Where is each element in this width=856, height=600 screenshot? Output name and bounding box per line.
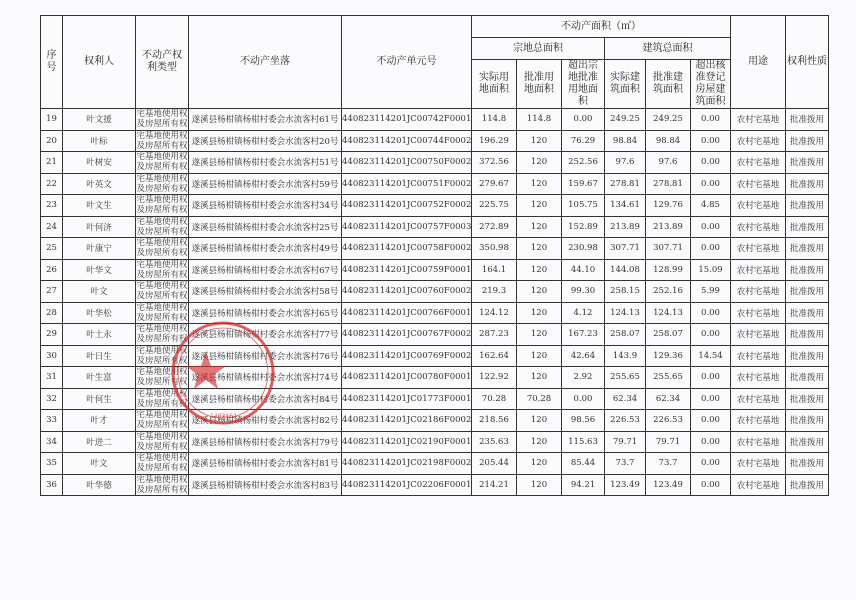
header-seq: 序号 [41,16,63,109]
cell-holder: 叶生富 [63,367,136,389]
cell-approved-building: 307.71 [646,238,691,260]
cell-actual-land: 225.75 [472,195,517,217]
right-type-line-2: 及房屋所有权 [136,248,188,258]
cell-approved-building: 249.25 [646,109,691,131]
cell-excess-land: 159.67 [562,173,605,195]
cell-approved-land: 120 [517,453,562,475]
right-type-line-2: 及房屋所有权 [136,227,188,237]
table-row: 34叶进二宅基地使用权及房屋所有权遂溪县杨柑镇杨柑村委会水流客村79号44082… [41,431,829,453]
cell-right-type: 宅基地使用权及房屋所有权 [136,195,189,217]
table-row: 21叶树安宅基地使用权及房屋所有权遂溪县杨柑镇杨柑村委会水流客村51号44082… [41,152,829,174]
right-type-line-1: 宅基地使用权 [136,152,188,162]
cell-approved-land: 120 [517,238,562,260]
cell-approved-building: 79.71 [646,431,691,453]
cell-right-type: 宅基地使用权及房屋所有权 [136,388,189,410]
cell-right-type: 宅基地使用权及房屋所有权 [136,410,189,432]
cell-actual-building: 143.9 [605,345,646,367]
cell-excess-land: 85.44 [562,453,605,475]
right-type-line-1: 宅基地使用权 [136,131,188,141]
cell-nature: 批准拨用 [786,130,829,152]
cell-excess-building: 0.00 [691,109,731,131]
header-actual-building: 实际建筑面积 [605,60,646,109]
cell-unit-no: 440823114201JC00780F00010001 [342,367,472,389]
header-nature: 权利性质 [786,16,829,109]
header-land-total: 宗地总面积 [472,38,605,60]
header-excess-building: 超出核准登记房屋建筑面积 [691,60,731,109]
cell-seq: 36 [41,474,63,496]
table-row: 23叶文生宅基地使用权及房屋所有权遂溪县杨柑镇杨柑村委会水流客村34号44082… [41,195,829,217]
cell-approved-building: 258.07 [646,324,691,346]
cell-right-type: 宅基地使用权及房屋所有权 [136,367,189,389]
right-type-line-2: 及房屋所有权 [136,463,188,473]
cell-nature: 批准拨用 [786,367,829,389]
cell-unit-no: 440823114201JC02186F00020001 [342,410,472,432]
table-row: 28叶华松宅基地使用权及房屋所有权遂溪县杨柑镇杨柑村委会水流客村65号44082… [41,302,829,324]
cell-approved-building: 129.76 [646,195,691,217]
cell-seq: 30 [41,345,63,367]
cell-location: 遂溪县杨柑镇杨柑村委会水流客村84号 [189,388,342,410]
cell-unit-no: 440823114201JC00767F00020001 [342,324,472,346]
right-type-line-2: 及房屋所有权 [136,399,188,409]
right-type-line-2: 及房屋所有权 [136,356,188,366]
cell-actual-building: 213.89 [605,216,646,238]
cell-holder: 叶华德 [63,474,136,496]
cell-holder: 叶标 [63,130,136,152]
cell-approved-building: 123.49 [646,474,691,496]
cell-unit-no: 440823114201JC02198F00020001 [342,453,472,475]
cell-location: 遂溪县杨柑镇杨柑村委会水流客村51号 [189,152,342,174]
table-row: 36叶华德宅基地使用权及房屋所有权遂溪县杨柑镇杨柑村委会水流客村83号44082… [41,474,829,496]
cell-actual-building: 307.71 [605,238,646,260]
cell-usage: 农村宅基地 [731,431,786,453]
cell-right-type: 宅基地使用权及房屋所有权 [136,238,189,260]
cell-right-type: 宅基地使用权及房屋所有权 [136,345,189,367]
cell-actual-land: 162.64 [472,345,517,367]
header-unit-no: 不动产单元号 [342,16,472,109]
cell-excess-land: 167.23 [562,324,605,346]
cell-nature: 批准拨用 [786,109,829,131]
cell-seq: 34 [41,431,63,453]
cell-usage: 农村宅基地 [731,453,786,475]
table-row: 22叶英文宅基地使用权及房屋所有权遂溪县杨柑镇杨柑村委会水流客村59号44082… [41,173,829,195]
cell-usage: 农村宅基地 [731,345,786,367]
cell-actual-building: 62.34 [605,388,646,410]
cell-location: 遂溪县杨柑镇杨柑村委会水流客村83号 [189,474,342,496]
table-row: 26叶华文宅基地使用权及房屋所有权遂溪县杨柑镇杨柑村委会水流客村67号44082… [41,259,829,281]
cell-right-type: 宅基地使用权及房屋所有权 [136,152,189,174]
cell-unit-no: 440823114201JC00744F00020001 [342,130,472,152]
cell-holder: 叶文 [63,281,136,303]
cell-unit-no: 440823114201JC01773F00010001 [342,388,472,410]
cell-usage: 农村宅基地 [731,238,786,260]
cell-actual-land: 196.29 [472,130,517,152]
cell-approved-land: 70.28 [517,388,562,410]
cell-excess-land: 99.30 [562,281,605,303]
cell-seq: 21 [41,152,63,174]
cell-usage: 农村宅基地 [731,410,786,432]
cell-holder: 叶华松 [63,302,136,324]
cell-location: 遂溪县杨柑镇杨柑村委会水流客村65号 [189,302,342,324]
cell-excess-building: 0.00 [691,453,731,475]
cell-right-type: 宅基地使用权及房屋所有权 [136,173,189,195]
cell-right-type: 宅基地使用权及房屋所有权 [136,302,189,324]
cell-right-type: 宅基地使用权及房屋所有权 [136,281,189,303]
cell-excess-land: 44.10 [562,259,605,281]
right-type-line-1: 宅基地使用权 [136,281,188,291]
cell-actual-land: 272.89 [472,216,517,238]
header-holder: 权利人 [63,16,136,109]
cell-right-type: 宅基地使用权及房屋所有权 [136,216,189,238]
cell-approved-land: 120 [517,281,562,303]
cell-holder: 叶树安 [63,152,136,174]
right-type-line-1: 宅基地使用权 [136,432,188,442]
cell-unit-no: 440823114201JC00742F00010001 [342,109,472,131]
cell-approved-building: 255.65 [646,367,691,389]
cell-actual-building: 144.08 [605,259,646,281]
cell-actual-land: 235.63 [472,431,517,453]
cell-excess-land: 115.63 [562,431,605,453]
cell-usage: 农村宅基地 [731,324,786,346]
cell-nature: 批准拨用 [786,195,829,217]
cell-actual-building: 226.53 [605,410,646,432]
table-row: 31叶生富宅基地使用权及房屋所有权遂溪县杨柑镇杨柑村委会水流客村74号44082… [41,367,829,389]
cell-nature: 批准拨用 [786,173,829,195]
cell-excess-building: 4.85 [691,195,731,217]
cell-excess-land: 42.64 [562,345,605,367]
cell-excess-building: 0.00 [691,410,731,432]
cell-right-type: 宅基地使用权及房屋所有权 [136,431,189,453]
header-building-total: 建筑总面积 [605,38,731,60]
table-row: 33叶才宅基地使用权及房屋所有权遂溪县杨柑镇杨柑村委会水流客村82号440823… [41,410,829,432]
cell-actual-land: 219.3 [472,281,517,303]
cell-usage: 农村宅基地 [731,173,786,195]
cell-approved-building: 124.13 [646,302,691,324]
cell-location: 遂溪县杨柑镇杨柑村委会水流客村25号 [189,216,342,238]
cell-excess-land: 76.29 [562,130,605,152]
header-approved-building: 批准建筑面积 [646,60,691,109]
cell-approved-building: 226.53 [646,410,691,432]
table-row: 24叶何济宅基地使用权及房屋所有权遂溪县杨柑镇杨柑村委会水流客村25号44082… [41,216,829,238]
cell-approved-land: 114.8 [517,109,562,131]
right-type-line-2: 及房屋所有权 [136,420,188,430]
cell-approved-land: 120 [517,324,562,346]
right-type-line-2: 及房屋所有权 [136,291,188,301]
cell-actual-building: 278.81 [605,173,646,195]
cell-unit-no: 440823114201JC00752F00020001 [342,195,472,217]
right-type-line-1: 宅基地使用权 [136,303,188,313]
cell-actual-building: 98.84 [605,130,646,152]
cell-unit-no: 440823114201JC02206F00010001 [342,474,472,496]
cell-excess-land: 2.92 [562,367,605,389]
cell-location: 遂溪县杨柑镇杨柑村委会水流客村79号 [189,431,342,453]
cell-excess-building: 0.00 [691,367,731,389]
cell-usage: 农村宅基地 [731,474,786,496]
right-type-line-1: 宅基地使用权 [136,217,188,227]
cell-nature: 批准拨用 [786,324,829,346]
right-type-line-2: 及房屋所有权 [136,334,188,344]
right-type-line-2: 及房屋所有权 [136,141,188,151]
cell-location: 遂溪县杨柑镇杨柑村委会水流客村81号 [189,453,342,475]
cell-approved-land: 120 [517,152,562,174]
cell-location: 遂溪县杨柑镇杨柑村委会水流客村59号 [189,173,342,195]
cell-approved-land: 120 [517,345,562,367]
cell-excess-building: 0.00 [691,431,731,453]
cell-actual-land: 122.92 [472,367,517,389]
cell-excess-building: 0.00 [691,324,731,346]
cell-usage: 农村宅基地 [731,109,786,131]
cell-holder: 叶进二 [63,431,136,453]
cell-unit-no: 440823114201JC00751F00020001 [342,173,472,195]
cell-actual-building: 124.13 [605,302,646,324]
cell-location: 遂溪县杨柑镇杨柑村委会水流客村67号 [189,259,342,281]
document-page: 序号 权利人 不动产权利类型 不动产坐落 不动产单元号 不动产面积（㎡） 用途 … [0,0,856,600]
cell-seq: 32 [41,388,63,410]
cell-unit-no: 440823114201JC00766F00010001 [342,302,472,324]
cell-holder: 叶日生 [63,345,136,367]
cell-seq: 26 [41,259,63,281]
cell-usage: 农村宅基地 [731,367,786,389]
cell-location: 遂溪县杨柑镇杨柑村委会水流客村58号 [189,281,342,303]
table-row: 19叶文援宅基地使用权及房屋所有权遂溪县杨柑镇杨柑村委会水流客村61号44082… [41,109,829,131]
cell-excess-building: 0.00 [691,173,731,195]
cell-holder: 叶华文 [63,259,136,281]
cell-approved-land: 120 [517,302,562,324]
right-type-line-2: 及房屋所有权 [136,162,188,172]
cell-nature: 批准拨用 [786,410,829,432]
cell-actual-land: 279.67 [472,173,517,195]
cell-actual-building: 258.15 [605,281,646,303]
cell-usage: 农村宅基地 [731,152,786,174]
cell-location: 遂溪县杨柑镇杨柑村委会水流客村34号 [189,195,342,217]
cell-actual-building: 258.07 [605,324,646,346]
table-row: 29叶土永宅基地使用权及房屋所有权遂溪县杨柑镇杨柑村委会水流客村77号44082… [41,324,829,346]
cell-seq: 24 [41,216,63,238]
cell-unit-no: 440823114201JC02190F00010001 [342,431,472,453]
cell-approved-building: 252.16 [646,281,691,303]
cell-usage: 农村宅基地 [731,216,786,238]
header-usage: 用途 [731,16,786,109]
cell-approved-land: 120 [517,216,562,238]
cell-holder: 叶何生 [63,388,136,410]
header-excess-land: 超出宗地批准用地面积 [562,60,605,109]
right-type-line-2: 及房屋所有权 [136,205,188,215]
cell-unit-no: 440823114201JC00759F00010001 [342,259,472,281]
cell-approved-land: 120 [517,431,562,453]
cell-location: 遂溪县杨柑镇杨柑村委会水流客村49号 [189,238,342,260]
header-actual-land: 实际用地面积 [472,60,517,109]
cell-approved-building: 129.36 [646,345,691,367]
cell-excess-building: 0.00 [691,388,731,410]
cell-right-type: 宅基地使用权及房屋所有权 [136,130,189,152]
cell-holder: 叶康宁 [63,238,136,260]
cell-seq: 19 [41,109,63,131]
right-type-line-2: 及房屋所有权 [136,442,188,452]
table-body: 19叶文援宅基地使用权及房屋所有权遂溪县杨柑镇杨柑村委会水流客村61号44082… [41,109,829,496]
table-row: 30叶日生宅基地使用权及房屋所有权遂溪县杨柑镇杨柑村委会水流客村76号44082… [41,345,829,367]
cell-holder: 叶文 [63,453,136,475]
table-row: 35叶文宅基地使用权及房屋所有权遂溪县杨柑镇杨柑村委会水流客村81号440823… [41,453,829,475]
cell-location: 遂溪县杨柑镇杨柑村委会水流客村20号 [189,130,342,152]
header-location: 不动产坐落 [189,16,342,109]
cell-approved-building: 73.7 [646,453,691,475]
table-row: 25叶康宁宅基地使用权及房屋所有权遂溪县杨柑镇杨柑村委会水流客村49号44082… [41,238,829,260]
cell-usage: 农村宅基地 [731,302,786,324]
cell-excess-building: 5.99 [691,281,731,303]
cell-location: 遂溪县杨柑镇杨柑村委会水流客村77号 [189,324,342,346]
cell-usage: 农村宅基地 [731,259,786,281]
cell-nature: 批准拨用 [786,431,829,453]
cell-nature: 批准拨用 [786,345,829,367]
cell-usage: 农村宅基地 [731,388,786,410]
cell-excess-building: 0.00 [691,238,731,260]
header-right-type: 不动产权利类型 [136,16,189,109]
cell-seq: 25 [41,238,63,260]
cell-approved-building: 278.81 [646,173,691,195]
cell-unit-no: 440823114201JC00750F00020001 [342,152,472,174]
cell-nature: 批准拨用 [786,388,829,410]
cell-excess-land: 105.75 [562,195,605,217]
cell-approved-building: 213.89 [646,216,691,238]
cell-right-type: 宅基地使用权及房屋所有权 [136,109,189,131]
cell-nature: 批准拨用 [786,302,829,324]
registration-table: 序号 权利人 不动产权利类型 不动产坐落 不动产单元号 不动产面积（㎡） 用途 … [40,15,829,496]
cell-excess-building: 14.54 [691,345,731,367]
right-type-line-2: 及房屋所有权 [136,313,188,323]
cell-seq: 35 [41,453,63,475]
right-type-line-2: 及房屋所有权 [136,119,188,129]
cell-actual-building: 79.71 [605,431,646,453]
cell-actual-building: 73.7 [605,453,646,475]
right-type-line-1: 宅基地使用权 [136,389,188,399]
cell-nature: 批准拨用 [786,474,829,496]
cell-actual-building: 123.49 [605,474,646,496]
cell-excess-land: 98.56 [562,410,605,432]
cell-excess-land: 230.98 [562,238,605,260]
cell-seq: 23 [41,195,63,217]
cell-actual-land: 218.56 [472,410,517,432]
header-approved-land: 批准用地面积 [517,60,562,109]
table-row: 32叶何生宅基地使用权及房屋所有权遂溪县杨柑镇杨柑村委会水流客村84号44082… [41,388,829,410]
right-type-line-1: 宅基地使用权 [136,324,188,334]
cell-excess-land: 4.12 [562,302,605,324]
cell-excess-land: 94.21 [562,474,605,496]
right-type-line-2: 及房屋所有权 [136,184,188,194]
cell-approved-building: 98.84 [646,130,691,152]
cell-unit-no: 440823114201JC00757F00030001 [342,216,472,238]
cell-approved-land: 120 [517,195,562,217]
cell-location: 遂溪县杨柑镇杨柑村委会水流客村61号 [189,109,342,131]
cell-usage: 农村宅基地 [731,281,786,303]
cell-excess-building: 0.00 [691,152,731,174]
cell-excess-building: 0.00 [691,302,731,324]
cell-usage: 农村宅基地 [731,130,786,152]
cell-nature: 批准拨用 [786,216,829,238]
cell-holder: 叶英文 [63,173,136,195]
cell-excess-building: 0.00 [691,216,731,238]
cell-holder: 叶何济 [63,216,136,238]
right-type-line-2: 及房屋所有权 [136,485,188,495]
right-type-line-1: 宅基地使用权 [136,475,188,485]
cell-seq: 29 [41,324,63,346]
cell-actual-land: 372.56 [472,152,517,174]
cell-unit-no: 440823114201JC00760F00020001 [342,281,472,303]
table-row: 27叶文宅基地使用权及房屋所有权遂溪县杨柑镇杨柑村委会水流客村58号440823… [41,281,829,303]
cell-unit-no: 440823114201JC00769F00020001 [342,345,472,367]
cell-excess-land: 152.89 [562,216,605,238]
cell-approved-land: 120 [517,410,562,432]
cell-nature: 批准拨用 [786,152,829,174]
cell-approved-building: 97.6 [646,152,691,174]
cell-nature: 批准拨用 [786,281,829,303]
cell-right-type: 宅基地使用权及房屋所有权 [136,474,189,496]
cell-right-type: 宅基地使用权及房屋所有权 [136,259,189,281]
cell-actual-land: 70.28 [472,388,517,410]
cell-usage: 农村宅基地 [731,195,786,217]
cell-location: 遂溪县杨柑镇杨柑村委会水流客村74号 [189,367,342,389]
cell-excess-building: 0.00 [691,130,731,152]
cell-approved-land: 120 [517,173,562,195]
right-type-line-1: 宅基地使用权 [136,174,188,184]
cell-actual-land: 205.44 [472,453,517,475]
cell-actual-building: 249.25 [605,109,646,131]
cell-nature: 批准拨用 [786,238,829,260]
right-type-line-1: 宅基地使用权 [136,260,188,270]
cell-location: 遂溪县杨柑镇杨柑村委会水流客村76号 [189,345,342,367]
right-type-line-1: 宅基地使用权 [136,367,188,377]
right-type-line-1: 宅基地使用权 [136,453,188,463]
right-type-line-2: 及房屋所有权 [136,270,188,280]
cell-actual-land: 164.1 [472,259,517,281]
cell-seq: 20 [41,130,63,152]
cell-actual-building: 255.65 [605,367,646,389]
right-type-line-1: 宅基地使用权 [136,346,188,356]
cell-approved-land: 120 [517,367,562,389]
cell-approved-building: 62.34 [646,388,691,410]
cell-seq: 22 [41,173,63,195]
right-type-line-1: 宅基地使用权 [136,109,188,119]
cell-actual-land: 114.8 [472,109,517,131]
cell-actual-land: 214.21 [472,474,517,496]
cell-holder: 叶才 [63,410,136,432]
cell-excess-building: 15.09 [691,259,731,281]
cell-seq: 33 [41,410,63,432]
cell-actual-building: 97.6 [605,152,646,174]
cell-excess-land: 0.00 [562,109,605,131]
cell-approved-land: 120 [517,130,562,152]
cell-excess-building: 0.00 [691,474,731,496]
cell-holder: 叶文援 [63,109,136,131]
cell-approved-building: 128.99 [646,259,691,281]
cell-unit-no: 440823114201JC00758F00020001 [342,238,472,260]
cell-seq: 27 [41,281,63,303]
cell-seq: 28 [41,302,63,324]
table-row: 20叶标宅基地使用权及房屋所有权遂溪县杨柑镇杨柑村委会水流客村20号440823… [41,130,829,152]
cell-nature: 批准拨用 [786,259,829,281]
cell-actual-land: 124.12 [472,302,517,324]
cell-nature: 批准拨用 [786,453,829,475]
cell-approved-land: 120 [517,259,562,281]
right-type-line-1: 宅基地使用权 [136,195,188,205]
cell-location: 遂溪县杨柑镇杨柑村委会水流客村82号 [189,410,342,432]
right-type-line-1: 宅基地使用权 [136,410,188,420]
header-area-group: 不动产面积（㎡） [472,16,731,38]
cell-holder: 叶文生 [63,195,136,217]
right-type-line-1: 宅基地使用权 [136,238,188,248]
cell-actual-land: 350.98 [472,238,517,260]
right-type-line-2: 及房屋所有权 [136,377,188,387]
cell-holder: 叶土永 [63,324,136,346]
cell-approved-land: 120 [517,474,562,496]
